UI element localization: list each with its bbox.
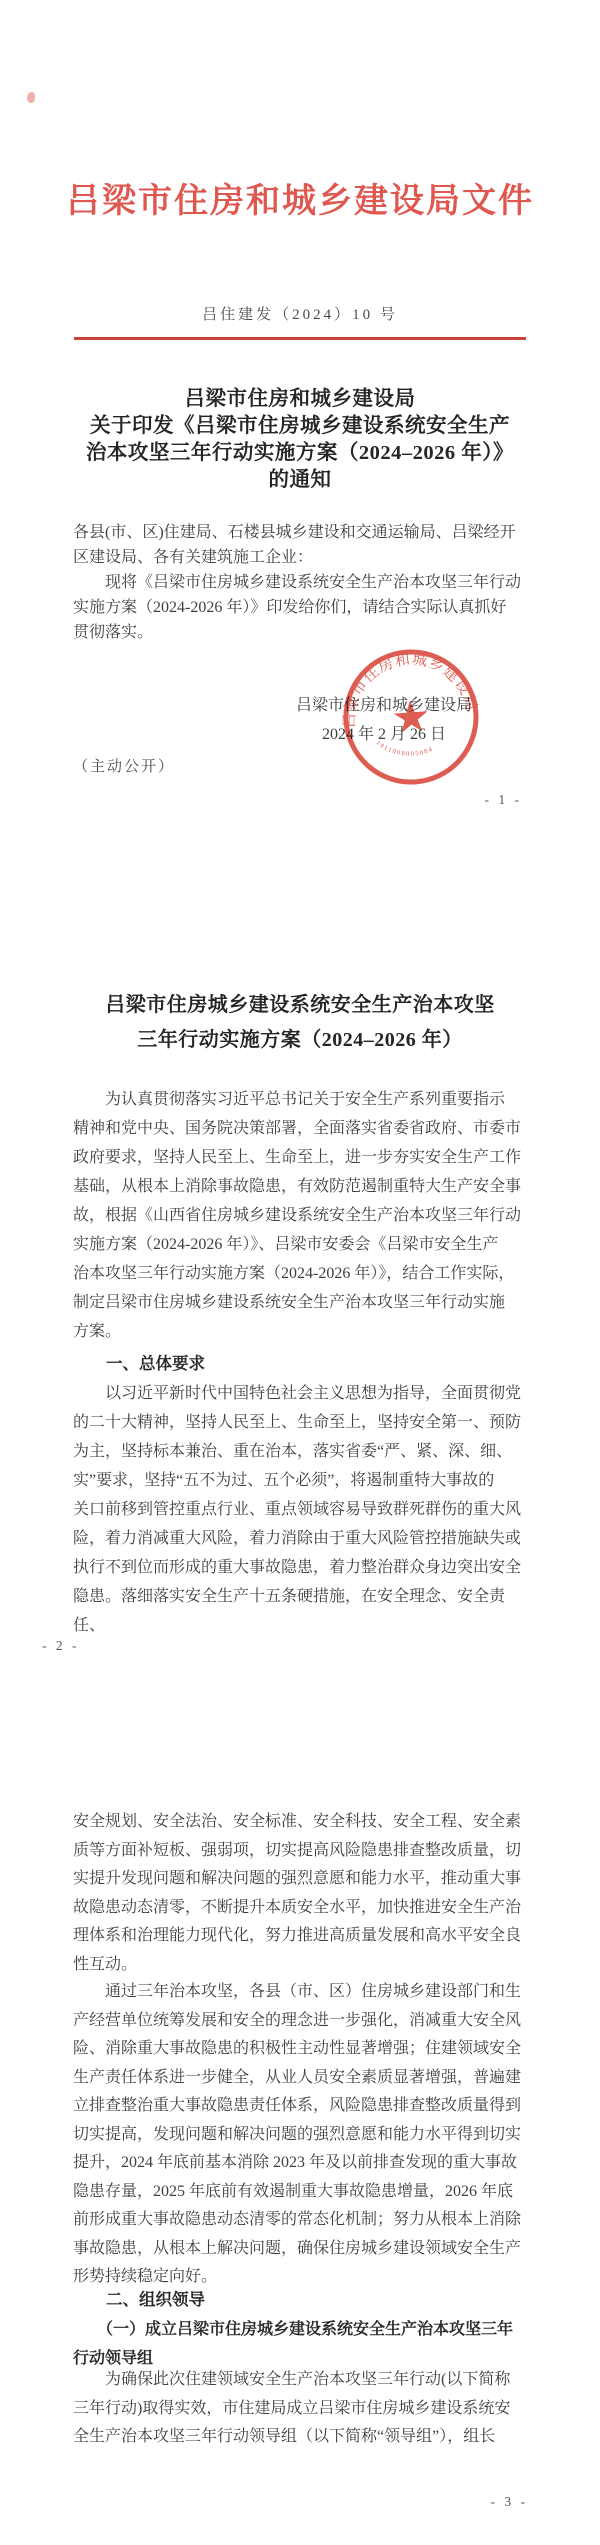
plan-intro-paragraph: 为认真贯彻落实习近平总书记关于安全生产系列重要指示 精神和党中央、国务院决策部署… (73, 1085, 533, 1346)
salutation: 各县(市、区)住建局、石楼县城乡建设和交通运输局、吕梁经开 区建设局、各有关建筑… (73, 520, 533, 570)
subsection-heading: （一）成立吕梁市住房城乡建设系统安全生产治本攻坚三年 行动领导组 (73, 2316, 533, 2373)
leadership-group-paragraph: 为确保此次住建领域安全生产治本攻坚三年行动(以下简称 三年行动)取得实效，市住建… (73, 2366, 533, 2452)
notice-body-text: 现将《吕梁市住房城乡建设系统安全生产治本攻坚三年行动 实施方案（2024-202… (73, 570, 533, 645)
three-year-goals-paragraph: 通过三年治本攻坚，各县（市、区）住房城乡建设部门和生 产经营单位统筹发展和安全的… (73, 1978, 533, 2292)
notice-body: 各县(市、区)住建局、石楼县城乡建设和交通运输局、吕梁经开 区建设局、各有关建筑… (73, 520, 533, 645)
official-seal-stamp: 吕梁市住房和城乡建设局 1411008005084 ★ (331, 637, 491, 797)
section-heading-1: 一、总体要求 (73, 1350, 533, 1374)
document-header-title: 吕梁市住房和城乡建设局文件 (0, 178, 600, 226)
scan-artifact (27, 92, 35, 103)
document-scan: 吕梁市住房和城乡建设局文件 吕住建发（2024）10 号 吕梁市住房和城乡建设局… (0, 0, 600, 2545)
page-number-1: - 1 - (485, 792, 523, 808)
notice-title: 吕梁市住房和城乡建设局 关于印发《吕梁市住房城乡建设系统安全生产 治本攻坚三年行… (0, 386, 600, 494)
seal-star-icon: ★ (390, 692, 433, 744)
red-divider-line (74, 337, 526, 340)
document-number: 吕住建发（2024）10 号 (0, 303, 600, 324)
page-number-2: - 2 - (42, 1638, 80, 1654)
plan-title: 吕梁市住房城乡建设系统安全生产治本攻坚 三年行动实施方案（2024–2026 年… (0, 988, 600, 1058)
page-number-3: - 3 - (491, 2494, 529, 2510)
section-heading-2: 二、组织领导 (73, 2286, 533, 2310)
publicity-note: （主动公开） (73, 755, 175, 776)
requirements-continued-paragraph: 安全规划、安全法治、安全标准、安全科技、安全工程、安全素 质等方面补短板、强弱项… (73, 1808, 533, 1979)
general-requirements-paragraph: 以习近平新时代中国特色社会主义思想为指导，全面贯彻党 的二十大精神，坚持人民至上… (73, 1379, 533, 1640)
